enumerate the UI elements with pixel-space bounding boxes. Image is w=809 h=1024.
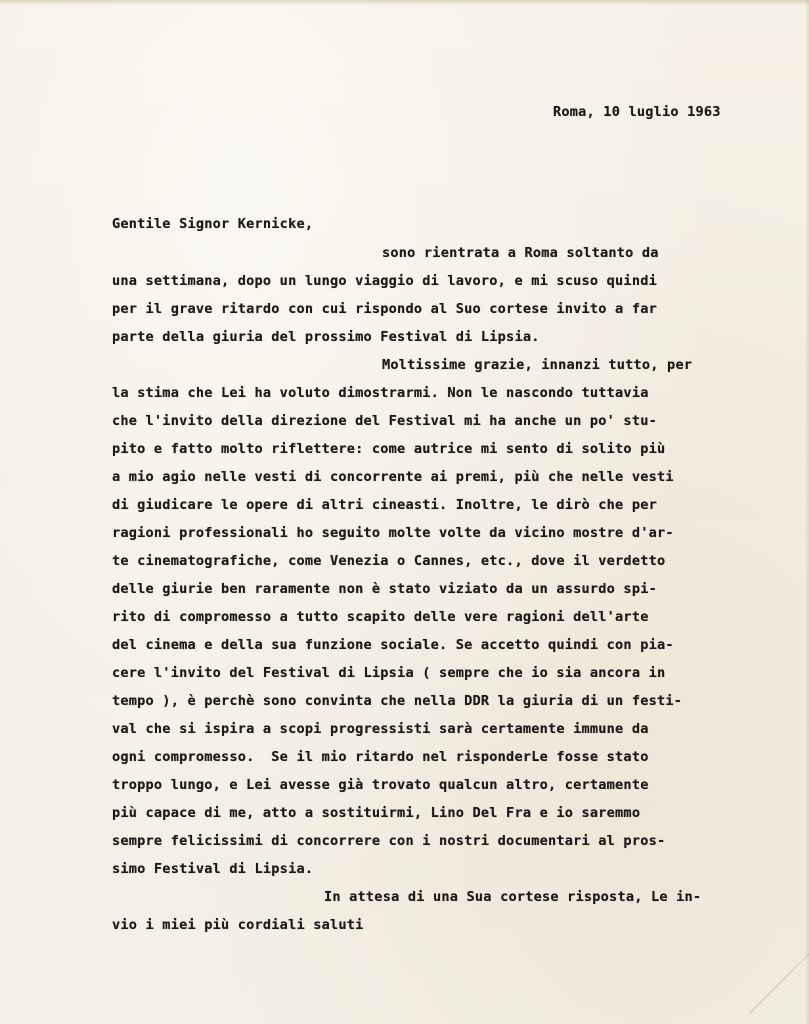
body-line: che l'invito della direzione del Festiva… [112, 413, 657, 429]
body-line: vio i miei più cordiali saluti [112, 917, 364, 933]
body-line: cere l'invito del Festival di Lipsia ( s… [112, 665, 665, 681]
body-line: Moltissime grazie, innanzi tutto, per [382, 357, 692, 373]
body-line: In attesa di una Sua cortese risposta, L… [324, 889, 701, 905]
body-line: sono rientrata a Roma soltanto da [382, 245, 659, 261]
paper-crease [749, 944, 809, 1024]
body-line: ogni compromesso. Se il mio ritardo nel … [112, 749, 649, 765]
body-line: ragioni professionali ho seguito molte v… [112, 525, 674, 541]
body-line: val che si ispira a scopi progressisti s… [112, 721, 649, 737]
body-line: simo Festival di Lipsia. [112, 861, 313, 877]
letter-dateline: Roma, 10 luglio 1963 [553, 104, 721, 120]
body-line: delle giurie ben raramente non è stato v… [112, 581, 657, 597]
letter-salutation: Gentile Signor Kernicke, [112, 216, 313, 232]
body-line: del cinema e della sua funzione sociale.… [112, 637, 674, 653]
body-line: rito di compromesso a tutto scapito dell… [112, 609, 649, 625]
body-line: pito e fatto molto riflettere: come autr… [112, 441, 665, 457]
body-line: per il grave ritardo con cui rispondo al… [112, 301, 657, 317]
body-line: più capace di me, atto a sostituirmi, Li… [112, 805, 640, 821]
body-line: te cinematografiche, come Venezia o Cann… [112, 553, 665, 569]
body-line: la stima che Lei ha voluto dimostrarmi. … [112, 385, 649, 401]
body-line: a mio agio nelle vesti di concorrente ai… [112, 469, 674, 485]
body-line: sempre felicissimi di concorrere con i n… [112, 833, 665, 849]
letter-paper: Roma, 10 luglio 1963 Gentile Signor Kern… [0, 0, 809, 1024]
body-line: una settimana, dopo un lungo viaggio di … [112, 273, 657, 289]
body-line: parte della giuria del prossimo Festival… [112, 329, 540, 345]
body-line: troppo lungo, e Lei avesse già trovato q… [112, 777, 649, 793]
body-line: di giudicare le opere di altri cineasti.… [112, 497, 657, 513]
body-line: tempo ), è perchè sono convinta che nell… [112, 693, 682, 709]
